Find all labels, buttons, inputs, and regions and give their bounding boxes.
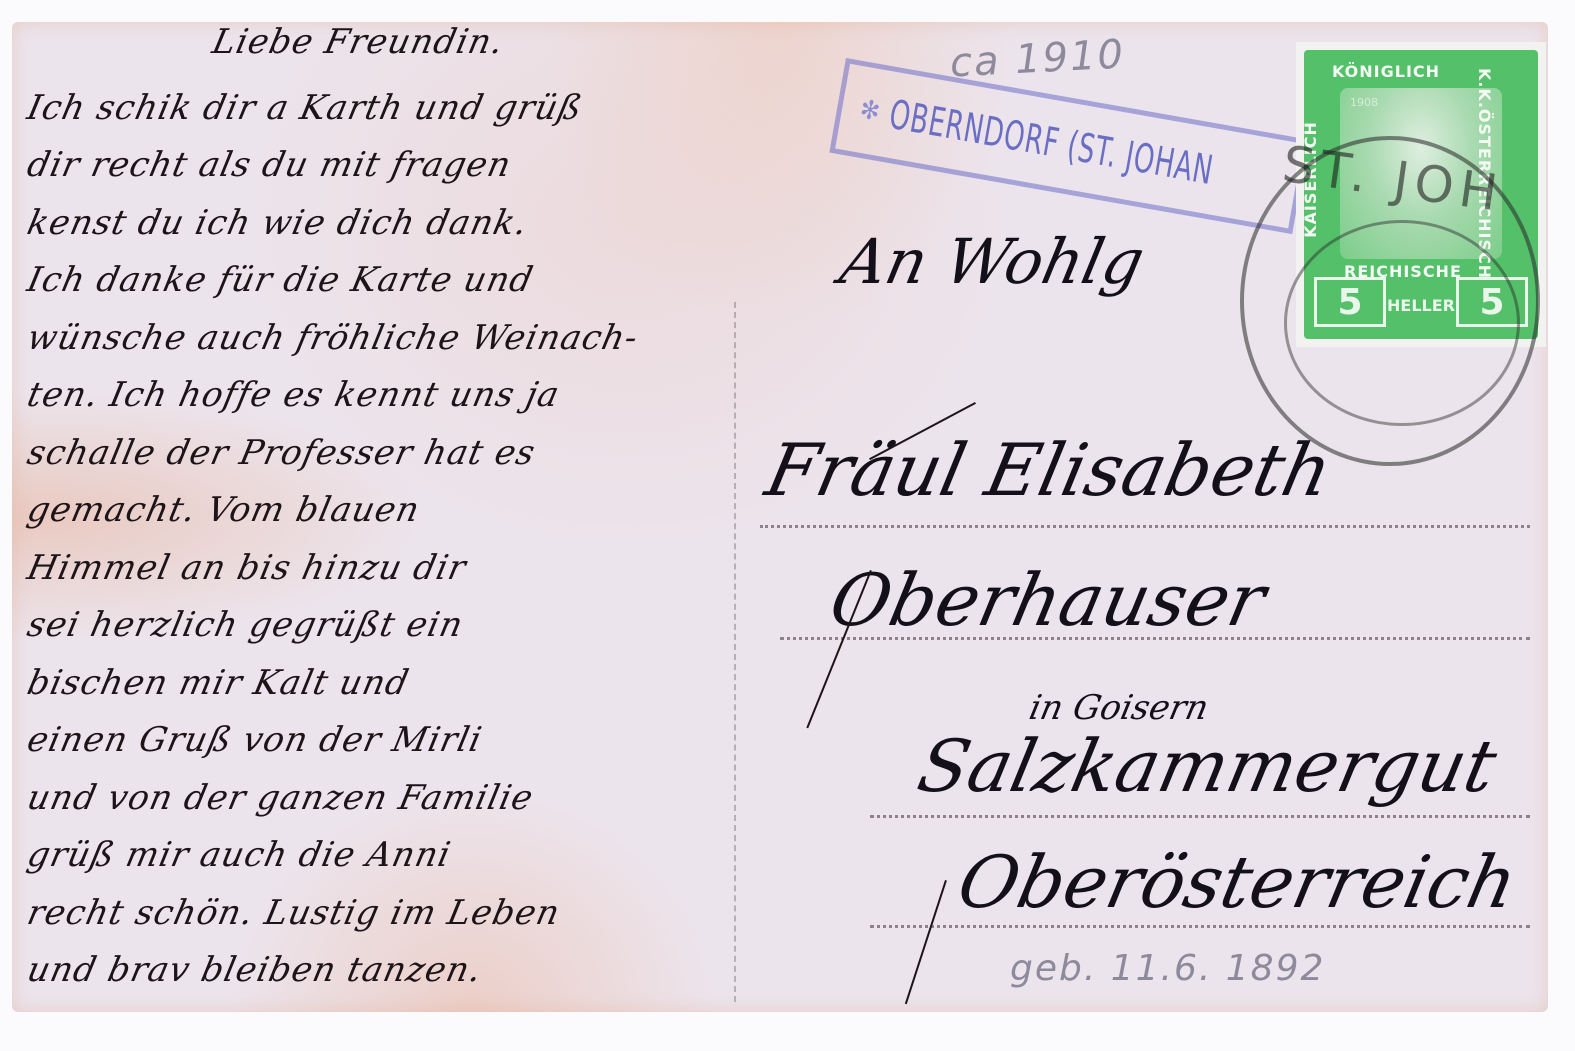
- address-line-3: [870, 815, 1530, 818]
- address-line-2: [780, 637, 1530, 640]
- birth-annotation: geb. 11.6. 1892: [1010, 948, 1325, 989]
- address-state: Oberösterreich: [951, 840, 1524, 924]
- message-line: schalle der Professer hat es: [24, 433, 539, 473]
- address-town: in Goisern: [1026, 688, 1212, 728]
- message-line: wünsche auch fröhliche Weinach-: [24, 318, 642, 358]
- address-region: Salzkammergut: [911, 724, 1504, 808]
- postmark-inner-ring: [1284, 220, 1520, 426]
- message-line: ten. Ich hoffe es kennt uns ja: [24, 375, 564, 415]
- address-surname: Oberhauser: [823, 558, 1273, 642]
- stamp-top-text: KÖNIGLICH: [1332, 62, 1440, 81]
- address-line-1: [760, 525, 1530, 528]
- stamp-year: 1908: [1350, 96, 1378, 109]
- message-line: recht schön. Lustig im Leben: [24, 893, 564, 933]
- message-line: bischen mir Kalt und: [24, 663, 413, 703]
- message-line: dir recht als du mit fragen: [24, 145, 515, 185]
- date-annotation: ca 1910: [949, 31, 1126, 86]
- message-line: Ich danke für die Karte und: [24, 260, 537, 300]
- address-line-4: [870, 925, 1530, 928]
- message-line: kenst du ich wie dich dank.: [24, 203, 532, 243]
- message-line: sei herzlich gegrüßt ein: [24, 605, 467, 645]
- address-name: Fräul Elisabeth: [759, 428, 1339, 512]
- message-line: grüß mir auch die Anni: [24, 835, 455, 875]
- star-icon: ✻: [858, 94, 883, 127]
- message-line: und von der ganzen Familie: [24, 778, 537, 818]
- message-line: Ich schik dir a Karth und grüß: [24, 88, 586, 128]
- message-line: einen Gruß von der Mirli: [24, 720, 486, 760]
- message-line: gemacht. Vom blauen: [24, 490, 424, 530]
- message-line: Himmel an bis hinzu dir: [24, 548, 470, 588]
- center-divider: [734, 302, 736, 1002]
- address-salutation: An Wohlg: [834, 225, 1150, 298]
- message-line: und brav bleiben tanzen.: [24, 950, 486, 990]
- message-salutation: Liebe Freundin.: [209, 22, 508, 62]
